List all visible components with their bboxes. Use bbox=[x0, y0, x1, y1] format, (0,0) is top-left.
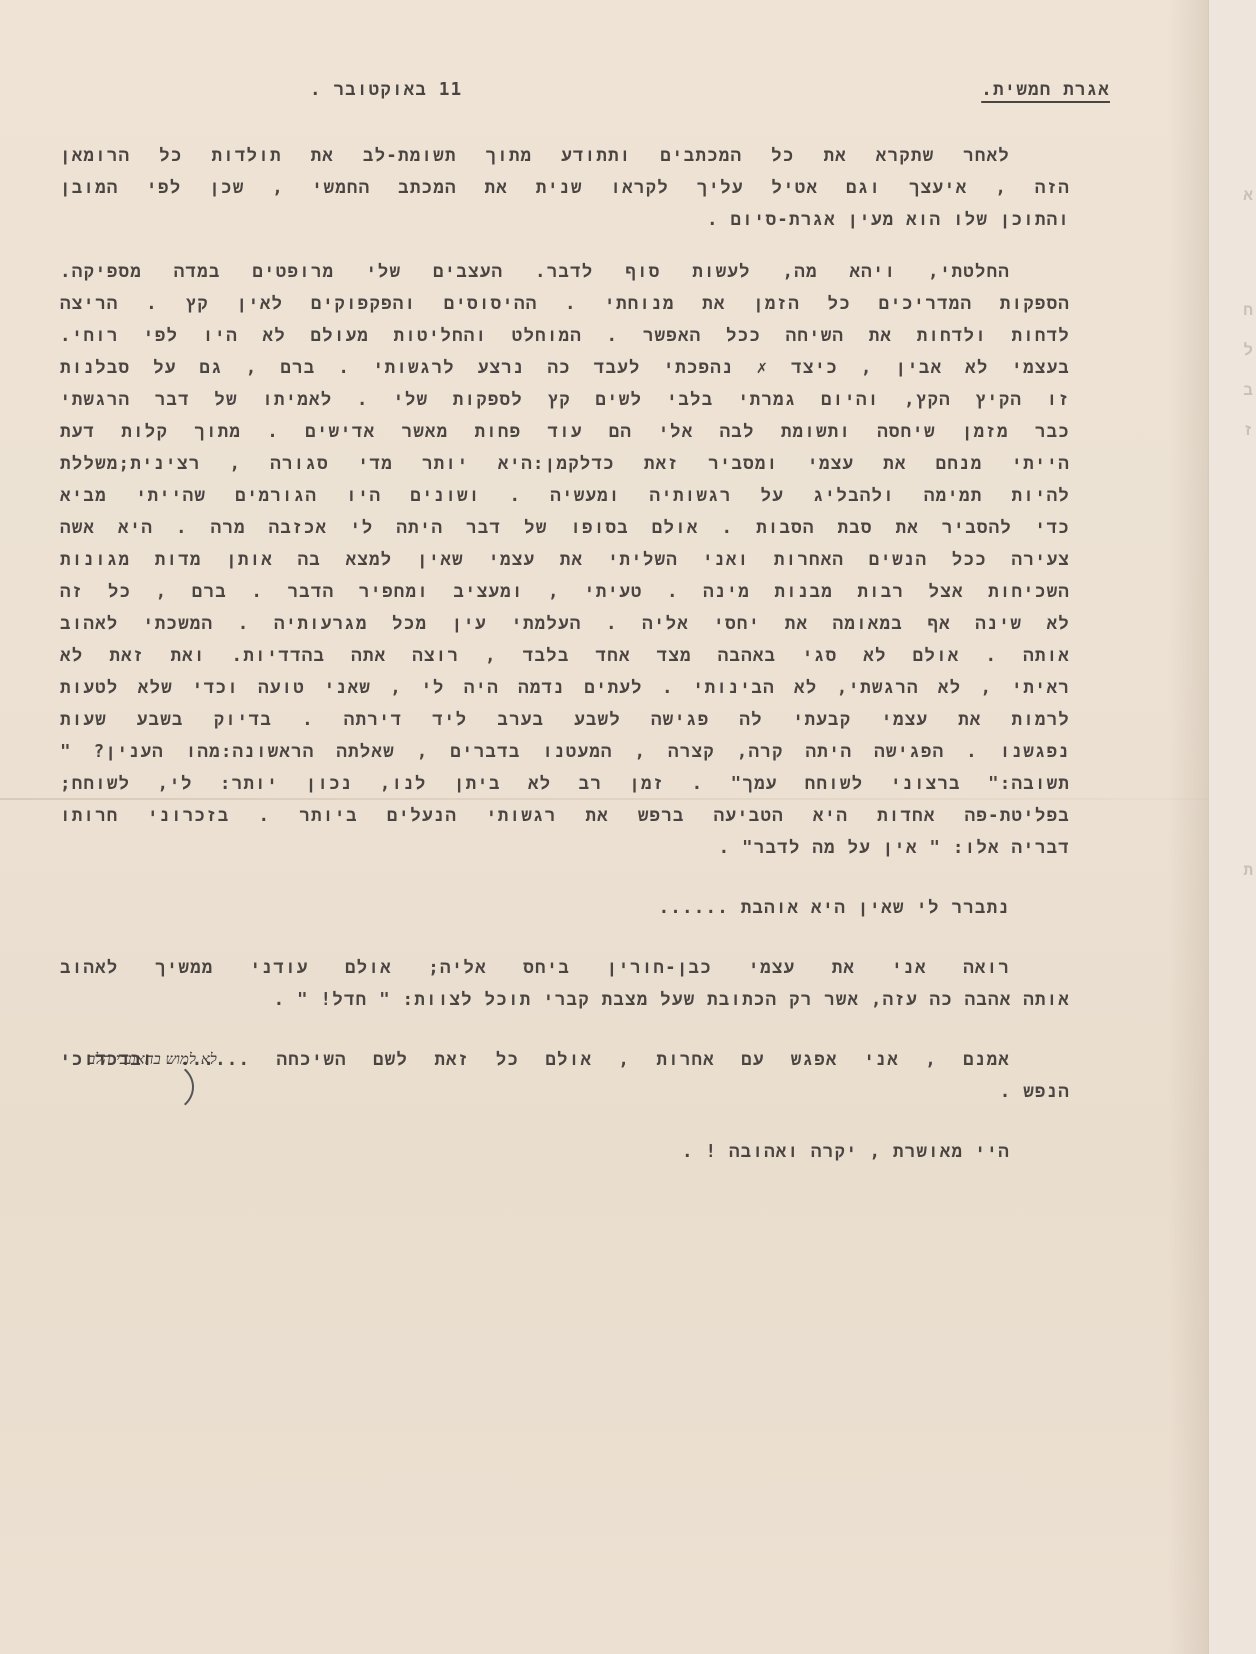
letter-header: אגרת חמשית. 11 באוקטובר . bbox=[60, 80, 1070, 120]
text-line: נפגשנו . הפגישה היתה קרה, קצרה , המעטנו … bbox=[60, 736, 1070, 768]
letter-page: אגרת חמשית. 11 באוקטובר . לאחר שתקרא את … bbox=[0, 0, 1208, 1654]
text-line: הנפש . bbox=[60, 1076, 1070, 1108]
text-line: אותה אהבה כה עזה, אשר רק הכתובת שעל מצבת… bbox=[60, 984, 1070, 1016]
paragraph-closing: היי מאושרת , יקרה ואהובה ! . bbox=[60, 1136, 1070, 1168]
text-line: ראיתי , לא הרגשתי, לא הבינותי . לעתים נד… bbox=[60, 672, 1070, 704]
adjacent-page-edge: א ח ל ב ז ת bbox=[1208, 0, 1256, 1654]
ghost-text: ז bbox=[1243, 420, 1253, 440]
text-line: בעצמי לא אבין , כיצד ✗ נהפכתי לעבד כה נר… bbox=[60, 352, 1070, 384]
text-line: הספקות המדריכים כל הזמן את מנוחתי . ההיס… bbox=[60, 288, 1070, 320]
ghost-text: א bbox=[1243, 185, 1253, 205]
text-line: תשובה:" ברצוני לשוחח עמך" . זמן רב לא בי… bbox=[60, 768, 1070, 800]
text-line: לרמות את עצמי קבעתי לה פגישה לשבע בערב ל… bbox=[60, 704, 1070, 736]
text-line: כדי להסביר את סבת הסבות . אולם בסופו של … bbox=[60, 512, 1070, 544]
text-line: השכיחות אצל רבות מבנות מינה . טעיתי , ומ… bbox=[60, 576, 1070, 608]
text-line: אותה . אולם לא סגי באהבה מצד אחד בלבד , … bbox=[60, 640, 1070, 672]
letter-date: 11 באוקטובר . bbox=[310, 80, 462, 101]
paragraph-realization: נתברר לי שאין היא אוהבת ...... bbox=[60, 892, 1070, 924]
text-line: לא שינה אף במאומה את יחסי אליה . העלמתי … bbox=[60, 608, 1070, 640]
text-line: לדחות ולדחות את השיחה ככל האפשר . המוחלט… bbox=[60, 320, 1070, 352]
text-line: הייתי מנחם את עצמי ומסביר זאת כדלקמן:היא… bbox=[60, 448, 1070, 480]
paragraph-main: החלטתי, ויהא מה, לעשות סוף לדבר. העצבים … bbox=[60, 256, 1070, 864]
text-line: הזה , איעצך וגם אטיל עליך לקראו שנית את … bbox=[60, 172, 1070, 204]
text-line: בפליטת-פה אחדות היא הטביעה ברפש את רגשות… bbox=[60, 800, 1070, 832]
text-line: להיות תמימה ולהבליג על רגשותיה ומעשיה . … bbox=[60, 480, 1070, 512]
text-line: זו הקיץ הקץ, והיום גמרתי בלבי לשים קץ לס… bbox=[60, 384, 1070, 416]
text-line: החלטתי, ויהא מה, לעשות סוף לדבר. העצבים … bbox=[60, 256, 1070, 288]
ghost-text: ב bbox=[1243, 380, 1253, 400]
letter-title: אגרת חמשית. bbox=[981, 80, 1110, 101]
ghost-text: ת bbox=[1243, 860, 1253, 880]
text-line: נתברר לי שאין היא אוהבת ...... bbox=[60, 892, 1070, 924]
text-line: כבר מזמן שיחסה ותשומת לבה אלי הם עוד פחו… bbox=[60, 416, 1070, 448]
ghost-text: ל bbox=[1243, 340, 1253, 360]
paragraph-intro: לאחר שתקרא את כל המכתבים ותתודע מתוך תשו… bbox=[60, 140, 1070, 236]
text-line: היי מאושרת , יקרה ואהובה ! . bbox=[60, 1136, 1070, 1168]
text-line: דבריה אלו: " אין על מה לדבר" . bbox=[60, 832, 1070, 864]
handwritten-stroke-icon bbox=[130, 1060, 194, 1114]
text-line: צעירה ככל הנשים האחרות ואני השליתי את עצ… bbox=[60, 544, 1070, 576]
letter-body: אגרת חמשית. 11 באוקטובר . לאחר שתקרא את … bbox=[60, 80, 1070, 1168]
text-line: רואה אני את עצמי כבן-חורין ביחס אליה; או… bbox=[60, 952, 1070, 984]
ghost-text: ח bbox=[1243, 300, 1253, 320]
paragraph-freedom: רואה אני את עצמי כבן-חורין ביחס אליה; או… bbox=[60, 952, 1070, 1016]
text-line: לאחר שתקרא את כל המכתבים ותתודע מתוך תשו… bbox=[60, 140, 1070, 172]
text-line: והתוכן שלו הוא מעין אגרת-סיום . bbox=[60, 204, 1070, 236]
